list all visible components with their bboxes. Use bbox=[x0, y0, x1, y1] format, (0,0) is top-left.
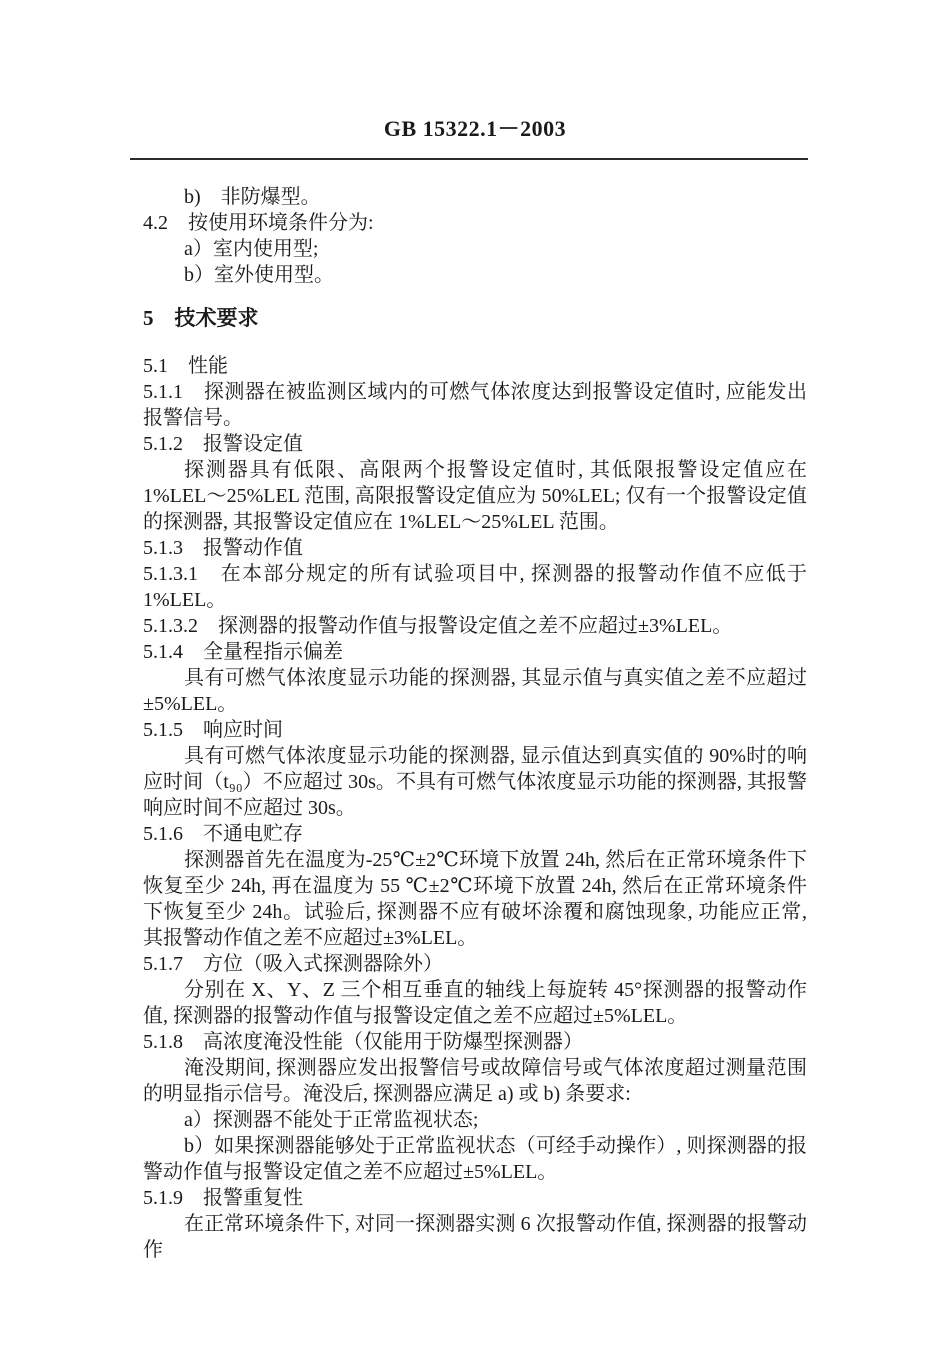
standard-number: GB 15322.1－2003 bbox=[0, 112, 950, 143]
list-item: b）室外使用型。 bbox=[143, 262, 807, 288]
paragraph: 在正常环境条件下, 对同一探测器实测 6 次报警动作值, 探测器的报警动作 bbox=[143, 1211, 807, 1263]
paragraph: 分别在 X、Y、Z 三个相互垂直的轴线上每旋转 45°探测器的报警动作值, 探测… bbox=[143, 977, 807, 1029]
list-item: a）室内使用型; bbox=[143, 236, 807, 262]
paragraph: 5.1.3.1 在本部分规定的所有试验项目中, 探测器的报警动作值不应低于 1%… bbox=[143, 561, 807, 613]
document-page: GB 15322.1－2003 b) 非防爆型。4.2 按使用环境条件分为:a）… bbox=[0, 0, 950, 1345]
section-heading: 5 技术要求 bbox=[143, 305, 807, 331]
paragraph: 具有可燃气体浓度显示功能的探测器, 显示值达到真实值的 90%时的响应时间（t₉… bbox=[143, 743, 807, 821]
clause-heading: 4.2 按使用环境条件分为: bbox=[143, 210, 807, 236]
clause-heading: 5.1.2 报警设定值 bbox=[143, 431, 807, 457]
clause-heading: 5.1.6 不通电贮存 bbox=[143, 821, 807, 847]
clause-heading: 5.1.9 报警重复性 bbox=[143, 1185, 807, 1211]
paragraph: 探测器具有低限、高限两个报警设定值时, 其低限报警设定值应在 1%LEL～25%… bbox=[143, 457, 807, 535]
paragraph: 探测器首先在温度为-25℃±2℃环境下放置 24h, 然后在正常环境条件下恢复至… bbox=[143, 847, 807, 951]
paragraph: 5.1.3.2 探测器的报警动作值与报警设定值之差不应超过±3%LEL。 bbox=[143, 613, 807, 639]
paragraph: a）探测器不能处于正常监视状态; bbox=[143, 1107, 807, 1133]
paragraph: 5.1.1 探测器在被监测区域内的可燃气体浓度达到报警设定值时, 应能发出报警信… bbox=[143, 379, 807, 431]
clause-heading: 5.1.5 响应时间 bbox=[143, 717, 807, 743]
clause-heading: 5.1 性能 bbox=[143, 353, 807, 379]
document-body: b) 非防爆型。4.2 按使用环境条件分为:a）室内使用型;b）室外使用型。5 … bbox=[143, 184, 807, 1263]
list-item: b) 非防爆型。 bbox=[143, 184, 807, 210]
clause-heading: 5.1.4 全量程指示偏差 bbox=[143, 639, 807, 665]
clause-heading: 5.1.7 方位（吸入式探测器除外） bbox=[143, 951, 807, 977]
header-rule bbox=[130, 158, 808, 160]
clause-heading: 5.1.3 报警动作值 bbox=[143, 535, 807, 561]
paragraph: 淹没期间, 探测器应发出报警信号或故障信号或气体浓度超过测量范围的明显指示信号。… bbox=[143, 1055, 807, 1107]
clause-heading: 5.1.8 高浓度淹没性能（仅能用于防爆型探测器） bbox=[143, 1029, 807, 1055]
paragraph: 具有可燃气体浓度显示功能的探测器, 其显示值与真实值之差不应超过±5%LEL。 bbox=[143, 665, 807, 717]
paragraph: b）如果探测器能够处于正常监视状态（可经手动操作）, 则探测器的报警动作值与报警… bbox=[143, 1133, 807, 1185]
